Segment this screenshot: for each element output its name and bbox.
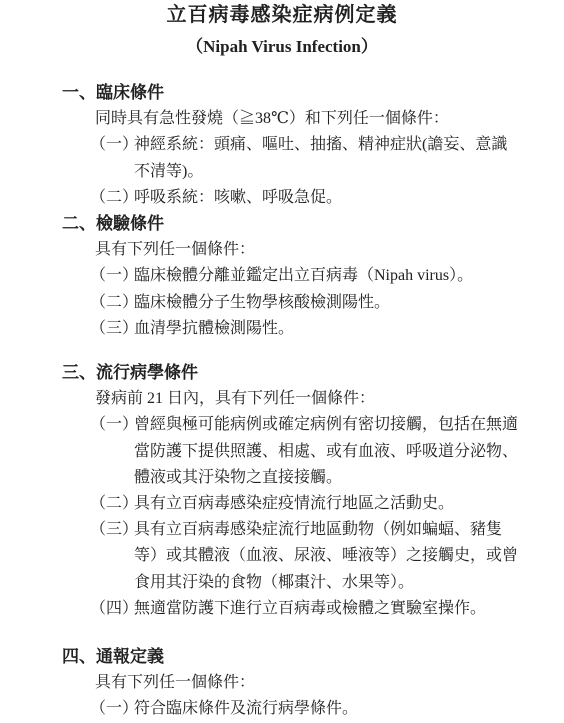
item-marker: （一） (90, 263, 134, 289)
item-marker: （二） (90, 185, 134, 211)
item-line: 曾經與極可能病例或確定病例有密切接觸，包括在無適 (134, 412, 564, 438)
item-marker: （一） (90, 412, 134, 491)
item-text: 呼吸系統：咳嗽、呼吸急促。 (134, 185, 564, 211)
item-line: 不清等)。 (134, 159, 564, 185)
section-intro: 具有下列任一個條件： (0, 670, 564, 696)
item-text: 具有立百病毒感染症流行地區動物（例如蝙蝠、豬隻 等）或其體液（血液、尿液、唾液等… (134, 517, 564, 596)
item-line: 符合臨床條件及流行病學條件。 (134, 696, 564, 722)
section-number: 二、 (62, 211, 96, 237)
list-item: （二） 具有立百病毒感染症疫情流行地區之活動史。 (0, 491, 564, 517)
item-marker: （一） (90, 696, 134, 722)
list-item: （二） 臨床檢體分子生物學核酸檢測陽性。 (0, 290, 564, 316)
section-title: 檢驗條件 (96, 214, 164, 233)
section-heading: 一、臨床條件 (0, 80, 564, 106)
item-line: 體液或其汙染物之直接接觸。 (134, 465, 564, 491)
item-line: 食用其汙染的食物（椰棗汁、水果等）。 (134, 570, 564, 596)
section-heading: 二、檢驗條件 (0, 211, 564, 237)
item-line: 血清學抗體檢測陽性。 (134, 316, 564, 342)
item-marker: （四） (90, 596, 134, 622)
list-item: （一） 曾經與極可能病例或確定病例有密切接觸，包括在無適 當防護下提供照護、相處… (0, 412, 564, 491)
item-text: 具有立百病毒感染症疫情流行地區之活動史。 (134, 491, 564, 517)
item-marker: （三） (90, 316, 134, 342)
section-epidemiological-conditions: 三、流行病學條件 發病前 21 日內，具有下列任一個條件： （一） 曾經與極可能… (0, 360, 564, 622)
section-number: 四、 (62, 644, 96, 670)
list-item: （三） 具有立百病毒感染症流行地區動物（例如蝙蝠、豬隻 等）或其體液（血液、尿液… (0, 517, 564, 596)
item-text: 神經系統：頭痛、嘔吐、抽搐、精神症狀(譫妄、意識 不清等)。 (134, 132, 564, 184)
item-text: 血清學抗體檢測陽性。 (134, 316, 564, 342)
list-item: （三） 血清學抗體檢測陽性。 (0, 316, 564, 342)
section-intro: 發病前 21 日內，具有下列任一個條件： (0, 386, 564, 412)
section-title: 臨床條件 (96, 83, 164, 102)
list-item: （一） 臨床檢體分離並鑑定出立百病毒（Nipah virus）。 (0, 263, 564, 289)
section-reporting-definition: 四、通報定義 具有下列任一個條件： （一） 符合臨床條件及流行病學條件。 (0, 644, 564, 723)
document-subtitle-english: （Nipah Virus Infection） (0, 35, 564, 58)
item-line: 等）或其體液（血液、尿液、唾液等）之接觸史，或曾 (134, 543, 564, 569)
item-line: 臨床檢體分子生物學核酸檢測陽性。 (134, 290, 564, 316)
item-line: 神經系統：頭痛、嘔吐、抽搐、精神症狀(譫妄、意識 (134, 132, 564, 158)
item-marker: （三） (90, 517, 134, 596)
section-intro: 具有下列任一個條件： (0, 237, 564, 263)
document-page: 立百病毒感染症病例定義 （Nipah Virus Infection） 一、臨床… (0, 0, 564, 723)
list-item: （一） 符合臨床條件及流行病學條件。 (0, 696, 564, 722)
item-marker: （二） (90, 290, 134, 316)
item-line: 臨床檢體分離並鑑定出立百病毒（Nipah virus）。 (134, 263, 564, 289)
document-title: 立百病毒感染症病例定義 (0, 3, 564, 28)
section-laboratory-conditions: 二、檢驗條件 具有下列任一個條件： （一） 臨床檢體分離並鑑定出立百病毒（Nip… (0, 211, 564, 342)
section-heading: 三、流行病學條件 (0, 360, 564, 386)
list-item: （二） 呼吸系統：咳嗽、呼吸急促。 (0, 185, 564, 211)
section-number: 一、 (62, 80, 96, 106)
section-number: 三、 (62, 360, 96, 386)
item-marker: （二） (90, 491, 134, 517)
list-item: （四） 無適當防護下進行立百病毒或檢體之實驗室操作。 (0, 596, 564, 622)
section-heading: 四、通報定義 (0, 644, 564, 670)
item-line: 具有立百病毒感染症流行地區動物（例如蝙蝠、豬隻 (134, 517, 564, 543)
section-intro: 同時具有急性發燒（≧38℃）和下列任一個條件： (0, 106, 564, 132)
item-marker: （一） (90, 132, 134, 184)
section-title: 流行病學條件 (96, 363, 198, 382)
item-line: 具有立百病毒感染症疫情流行地區之活動史。 (134, 491, 564, 517)
item-text: 曾經與極可能病例或確定病例有密切接觸，包括在無適 當防護下提供照護、相處、或有血… (134, 412, 564, 491)
list-item: （一） 神經系統：頭痛、嘔吐、抽搐、精神症狀(譫妄、意識 不清等)。 (0, 132, 564, 184)
item-text: 符合臨床條件及流行病學條件。 (134, 696, 564, 722)
section-clinical-conditions: 一、臨床條件 同時具有急性發燒（≧38℃）和下列任一個條件： （一） 神經系統：… (0, 80, 564, 211)
item-line: 當防護下提供照護、相處、或有血液、呼吸道分泌物、 (134, 439, 564, 465)
item-text: 臨床檢體分離並鑑定出立百病毒（Nipah virus）。 (134, 263, 564, 289)
item-text: 臨床檢體分子生物學核酸檢測陽性。 (134, 290, 564, 316)
item-text: 無適當防護下進行立百病毒或檢體之實驗室操作。 (134, 596, 564, 622)
item-line: 無適當防護下進行立百病毒或檢體之實驗室操作。 (134, 596, 564, 622)
section-title: 通報定義 (96, 647, 164, 666)
item-line: 呼吸系統：咳嗽、呼吸急促。 (134, 185, 564, 211)
